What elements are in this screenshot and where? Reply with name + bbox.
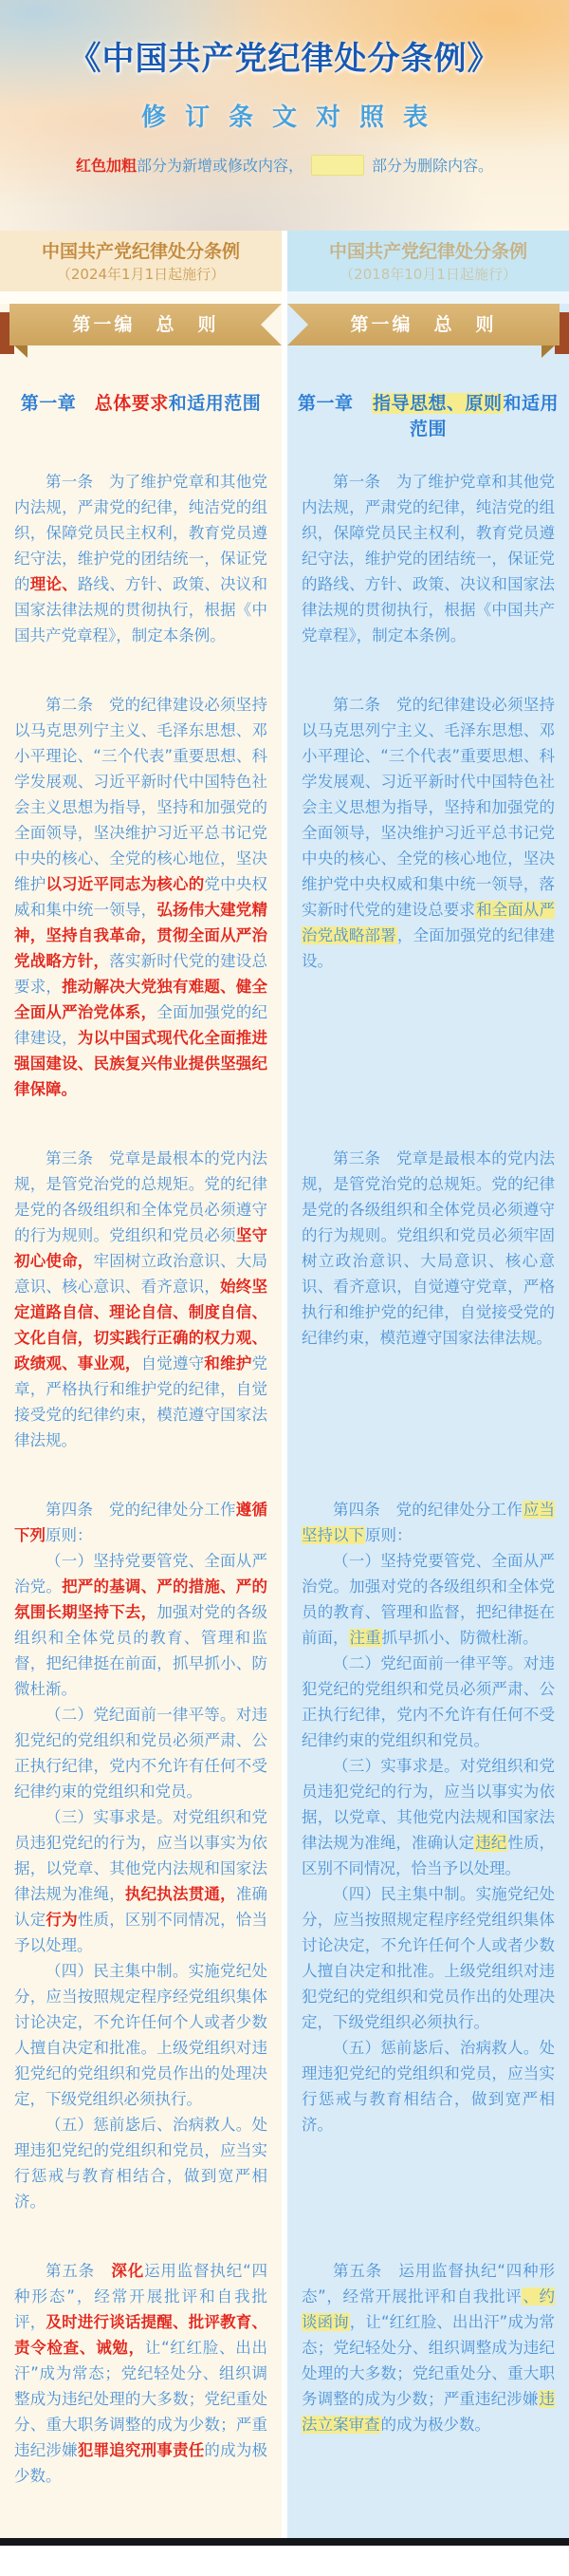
revised-text-run: 执纪执法贯通， <box>125 1885 236 1903</box>
spacer <box>0 291 282 304</box>
column-title: 中国共产党纪律处分条例 <box>0 239 282 264</box>
ribbon-fold <box>14 345 28 358</box>
text-run: 第五条 运用监督执纪“四种形态”，经常开展批评和自我批评 <box>302 2262 555 2305</box>
deleted-text-run: 违纪 <box>474 1834 507 1852</box>
revised-text-run: 犯罪追究刑事责任 <box>78 2441 205 2459</box>
article-1-2018: 第一条 为了维护党章和其他党内法规，严肃党的纪律，纯洁党的组织，保障党员民主权利… <box>287 440 569 648</box>
ribbon-banner: 第一编 总 则 <box>287 304 569 366</box>
ribbon-fold <box>541 345 555 358</box>
text-run: 和适用范围 <box>169 393 262 414</box>
text-run: 自觉遵守 <box>141 1354 205 1372</box>
paragraph: （四）民主集中制。实施党纪处分，应当按照规定程序经党组织集体讨论决定，不允许任何… <box>302 1881 555 2035</box>
legend-red-label: 红色加粗 <box>76 157 137 175</box>
deleted-color-swatch <box>311 155 364 176</box>
column-effective-date: （2024年1月1日起施行） <box>0 264 282 285</box>
article-5-2024: 第五条 深化运用监督执纪“四种形态”，经常开展批评和自我批评，及时进行谈话提醒、… <box>0 2214 282 2538</box>
text-run: 第四条 党的纪律处分工作 <box>333 1501 523 1519</box>
paragraph: 第五条 深化运用监督执纪“四种形态”，经常开展批评和自我批评，及时进行谈话提醒、… <box>14 2258 267 2489</box>
text-run: （五）惩前毖后、治病救人。处理违犯党纪的党组织和党员，应当实行惩戒与教育相结合，… <box>14 2116 267 2211</box>
paragraph: 第一条 为了维护党章和其他党内法规，严肃党的纪律，纯洁党的组织，保障党员民主权利… <box>302 469 555 648</box>
paragraph: 第二条 党的纪律建设必须坚持以马克思列宁主义、毛泽东思想、邓小平理论、“三个代表… <box>14 692 267 1102</box>
legend-tail-text: 部分为删除内容。 <box>372 157 493 175</box>
revised-text-run: 深化 <box>111 2262 144 2280</box>
paragraph: 第二条 党的纪律建设必须坚持以马克思列宁主义、毛泽东思想、邓小平理论、“三个代表… <box>302 692 555 974</box>
column-header-2024: 中国共产党纪律处分条例 （2024年1月1日起施行） <box>0 231 282 291</box>
text-run: 第二条 党的纪律建设必须坚持以马克思列宁主义、毛泽东思想、邓小平理论、“三个代表… <box>14 696 267 893</box>
paragraph: 第四条 党的纪律处分工作遵循下列原则： <box>14 1497 267 1548</box>
article-2-2018: 第二条 党的纪律建设必须坚持以马克思列宁主义、毛泽东思想、邓小平理论、“三个代表… <box>287 648 569 1102</box>
text-run: （四）民主集中制。实施党纪处分，应当按照规定程序经党组织集体讨论决定，不允许任何… <box>302 1885 555 2031</box>
paragraph: 第四条 党的纪律处分工作应当坚持以下原则： <box>302 1497 555 1548</box>
text-run: 第四条 党的纪律处分工作 <box>46 1501 236 1519</box>
text-run: 原则： <box>365 1526 413 1544</box>
text-run: 的成为极少数。 <box>381 2416 491 2434</box>
page: 《中国共产党纪律处分条例》 修订条文对照表 红色加粗部分为新增或修改内容，部分为… <box>0 0 569 2546</box>
paragraph: （二）党纪面前一律平等。对违犯党纪的党组织和党员必须严肃、公正执行纪律，党内不允… <box>302 1651 555 1753</box>
text-run: 第一章 <box>21 393 95 414</box>
text-run: 第三条 党章是最根本的党内法规，是管党治党的总规矩。党的纪律是党的各级组织和全体… <box>14 1149 267 1244</box>
revised-text-run: 以习近平同志为核心的 <box>46 875 204 893</box>
article-2-2024: 第二条 党的纪律建设必须坚持以马克思列宁主义、毛泽东思想、邓小平理论、“三个代表… <box>0 648 282 1102</box>
paragraph: （五）惩前毖后、治病救人。处理违犯党纪的党组织和党员，应当实行惩戒与教育相结合，… <box>14 2112 267 2214</box>
paragraph: （三）实事求是。对党组织和党员违犯党纪的行为，应当以事实为依据，以党章、其他党内… <box>302 1753 555 1881</box>
revised-text-run: 行为 <box>46 1911 77 1929</box>
text-run: （五）惩前毖后、治病救人。处理违犯党纪的党组织和党员，应当实行惩戒与教育相结合，… <box>302 2039 555 2134</box>
part-banner-cell-2018: 第一编 总 则 <box>287 304 569 366</box>
part-banner-label: 第一编 总 则 <box>287 304 560 345</box>
text-run: 第三条 党章是最根本的党内法规，是管党治党的总规矩。党的纪律是党的各级组织和全体… <box>302 1149 555 1347</box>
hero-header: 《中国共产党纪律处分条例》 修订条文对照表 红色加粗部分为新增或修改内容，部分为… <box>0 0 569 231</box>
text-run: 第五条 <box>46 2262 111 2280</box>
revised-text-run: 和维护 <box>204 1354 251 1372</box>
text-run: 第二条 党的纪律建设必须坚持以马克思列宁主义、毛泽东思想、邓小平理论、“三个代表… <box>302 696 555 919</box>
text-run: （四）民主集中制。实施党纪处分，应当按照规定程序经党组织集体讨论决定，不允许任何… <box>14 1962 267 2108</box>
article-5-2018: 第五条 运用监督执纪“四种形态”，经常开展批评和自我批评、约谈函询，让“红红脸、… <box>287 2214 569 2538</box>
chapter-heading-cell-2024: 第一章 总体要求和适用范围 <box>0 366 282 440</box>
part-banner-cell-2024: 第一编 总 则 <box>0 304 282 366</box>
paragraph: 第三条 党章是最根本的党内法规，是管党治党的总规矩。党的纪律是党的各级组织和全体… <box>302 1146 555 1351</box>
article-3-2024: 第三条 党章是最根本的党内法规，是管党治党的总规矩。党的纪律是党的各级组织和全体… <box>0 1102 282 1453</box>
column-title: 中国共产党纪律处分条例 <box>287 239 569 264</box>
column-effective-date: （2018年10月1日起施行） <box>287 264 569 285</box>
paragraph: 第五条 运用监督执纪“四种形态”，经常开展批评和自我批评、约谈函询，让“红红脸、… <box>302 2258 555 2437</box>
text-run: （二）党纪面前一律平等。对违犯党纪的党组织和党员必须严肃、公正执行纪律，党内不允… <box>14 1706 267 1801</box>
bottom-border-bar <box>0 2538 569 2546</box>
deleted-text-run: 指导思想、原则 <box>372 393 504 414</box>
chapter-heading-2024: 第一章 总体要求和适用范围 <box>9 389 272 415</box>
text-run: （二）党纪面前一律平等。对违犯党纪的党组织和党员必须严肃、公正执行纪律，党内不允… <box>302 1654 555 1749</box>
comparison-table: 中国共产党纪律处分条例 （2024年1月1日起施行） 中国共产党纪律处分条例 （… <box>0 231 569 2538</box>
legend-mid-text: 部分为新增或修改内容， <box>137 157 303 175</box>
revised-text-run: 理论、 <box>30 575 78 593</box>
paragraph: （二）党纪面前一律平等。对违犯党纪的党组织和党员必须严肃、公正执行纪律，党内不允… <box>14 1702 267 1804</box>
paragraph: 第三条 党章是最根本的党内法规，是管党治党的总规矩。党的纪律是党的各级组织和全体… <box>14 1146 267 1453</box>
column-header-2018: 中国共产党纪律处分条例 （2018年10月1日起施行） <box>287 231 569 291</box>
page-subtitle: 修订条文对照表 <box>0 98 569 133</box>
paragraph: （三）实事求是。对党组织和党员违犯党纪的行为，应当以事实为依据，以党章、其他党内… <box>14 1804 267 1958</box>
article-4-2018: 第四条 党的纪律处分工作应当坚持以下原则：（一）坚持党要管党、全面从严治党。加强… <box>287 1453 569 2214</box>
paragraph: （五）惩前毖后、治病救人。处理违犯党纪的党组织和党员，应当实行惩戒与教育相结合，… <box>302 2035 555 2137</box>
article-1-2024: 第一条 为了维护党章和其他党内法规，严肃党的纪律，纯洁党的组织，保障党员民主权利… <box>0 440 282 648</box>
legend: 红色加粗部分为新增或修改内容，部分为删除内容。 <box>0 154 569 176</box>
page-title: 《中国共产党纪律处分条例》 <box>0 0 569 79</box>
text-run: 原则： <box>46 1526 93 1544</box>
article-3-2018: 第三条 党章是最根本的党内法规，是管党治党的总规矩。党的纪律是党的各级组织和全体… <box>287 1102 569 1453</box>
paragraph: （四）民主集中制。实施党纪处分，应当按照规定程序经党组织集体讨论决定，不允许任何… <box>14 1958 267 2112</box>
text-run: 第一章 <box>298 393 372 414</box>
chapter-heading-cell-2018: 第一章 指导思想、原则和适用范围 <box>287 366 569 440</box>
part-banner-label: 第一编 总 则 <box>9 304 282 345</box>
article-4-2024: 第四条 党的纪律处分工作遵循下列原则：（一）坚持党要管党、全面从严治党。把严的基… <box>0 1453 282 2214</box>
paragraph: 第一条 为了维护党章和其他党内法规，严肃党的纪律，纯洁党的组织，保障党员民主权利… <box>14 469 267 648</box>
deleted-text-run: 注重 <box>349 1629 382 1647</box>
spacer <box>287 291 569 304</box>
paragraph: （一）坚持党要管党、全面从严治党。把严的基调、严的措施、严的氛围长期坚持下去，加… <box>14 1548 267 1702</box>
paragraph: （一）坚持党要管党、全面从严治党。加强对党的各级组织和全体党员的教育、管理和监督… <box>302 1548 555 1651</box>
text-run: 抓早抓小、防微杜渐。 <box>382 1629 539 1647</box>
text-run: 第一条 为了维护党章和其他党内法规，严肃党的纪律，纯洁党的组织，保障党员民主权利… <box>302 473 555 644</box>
revised-text-run: 总体要求 <box>95 393 169 414</box>
ribbon-banner: 第一编 总 则 <box>0 304 282 366</box>
chapter-heading-2018: 第一章 指导思想、原则和适用范围 <box>297 389 560 440</box>
